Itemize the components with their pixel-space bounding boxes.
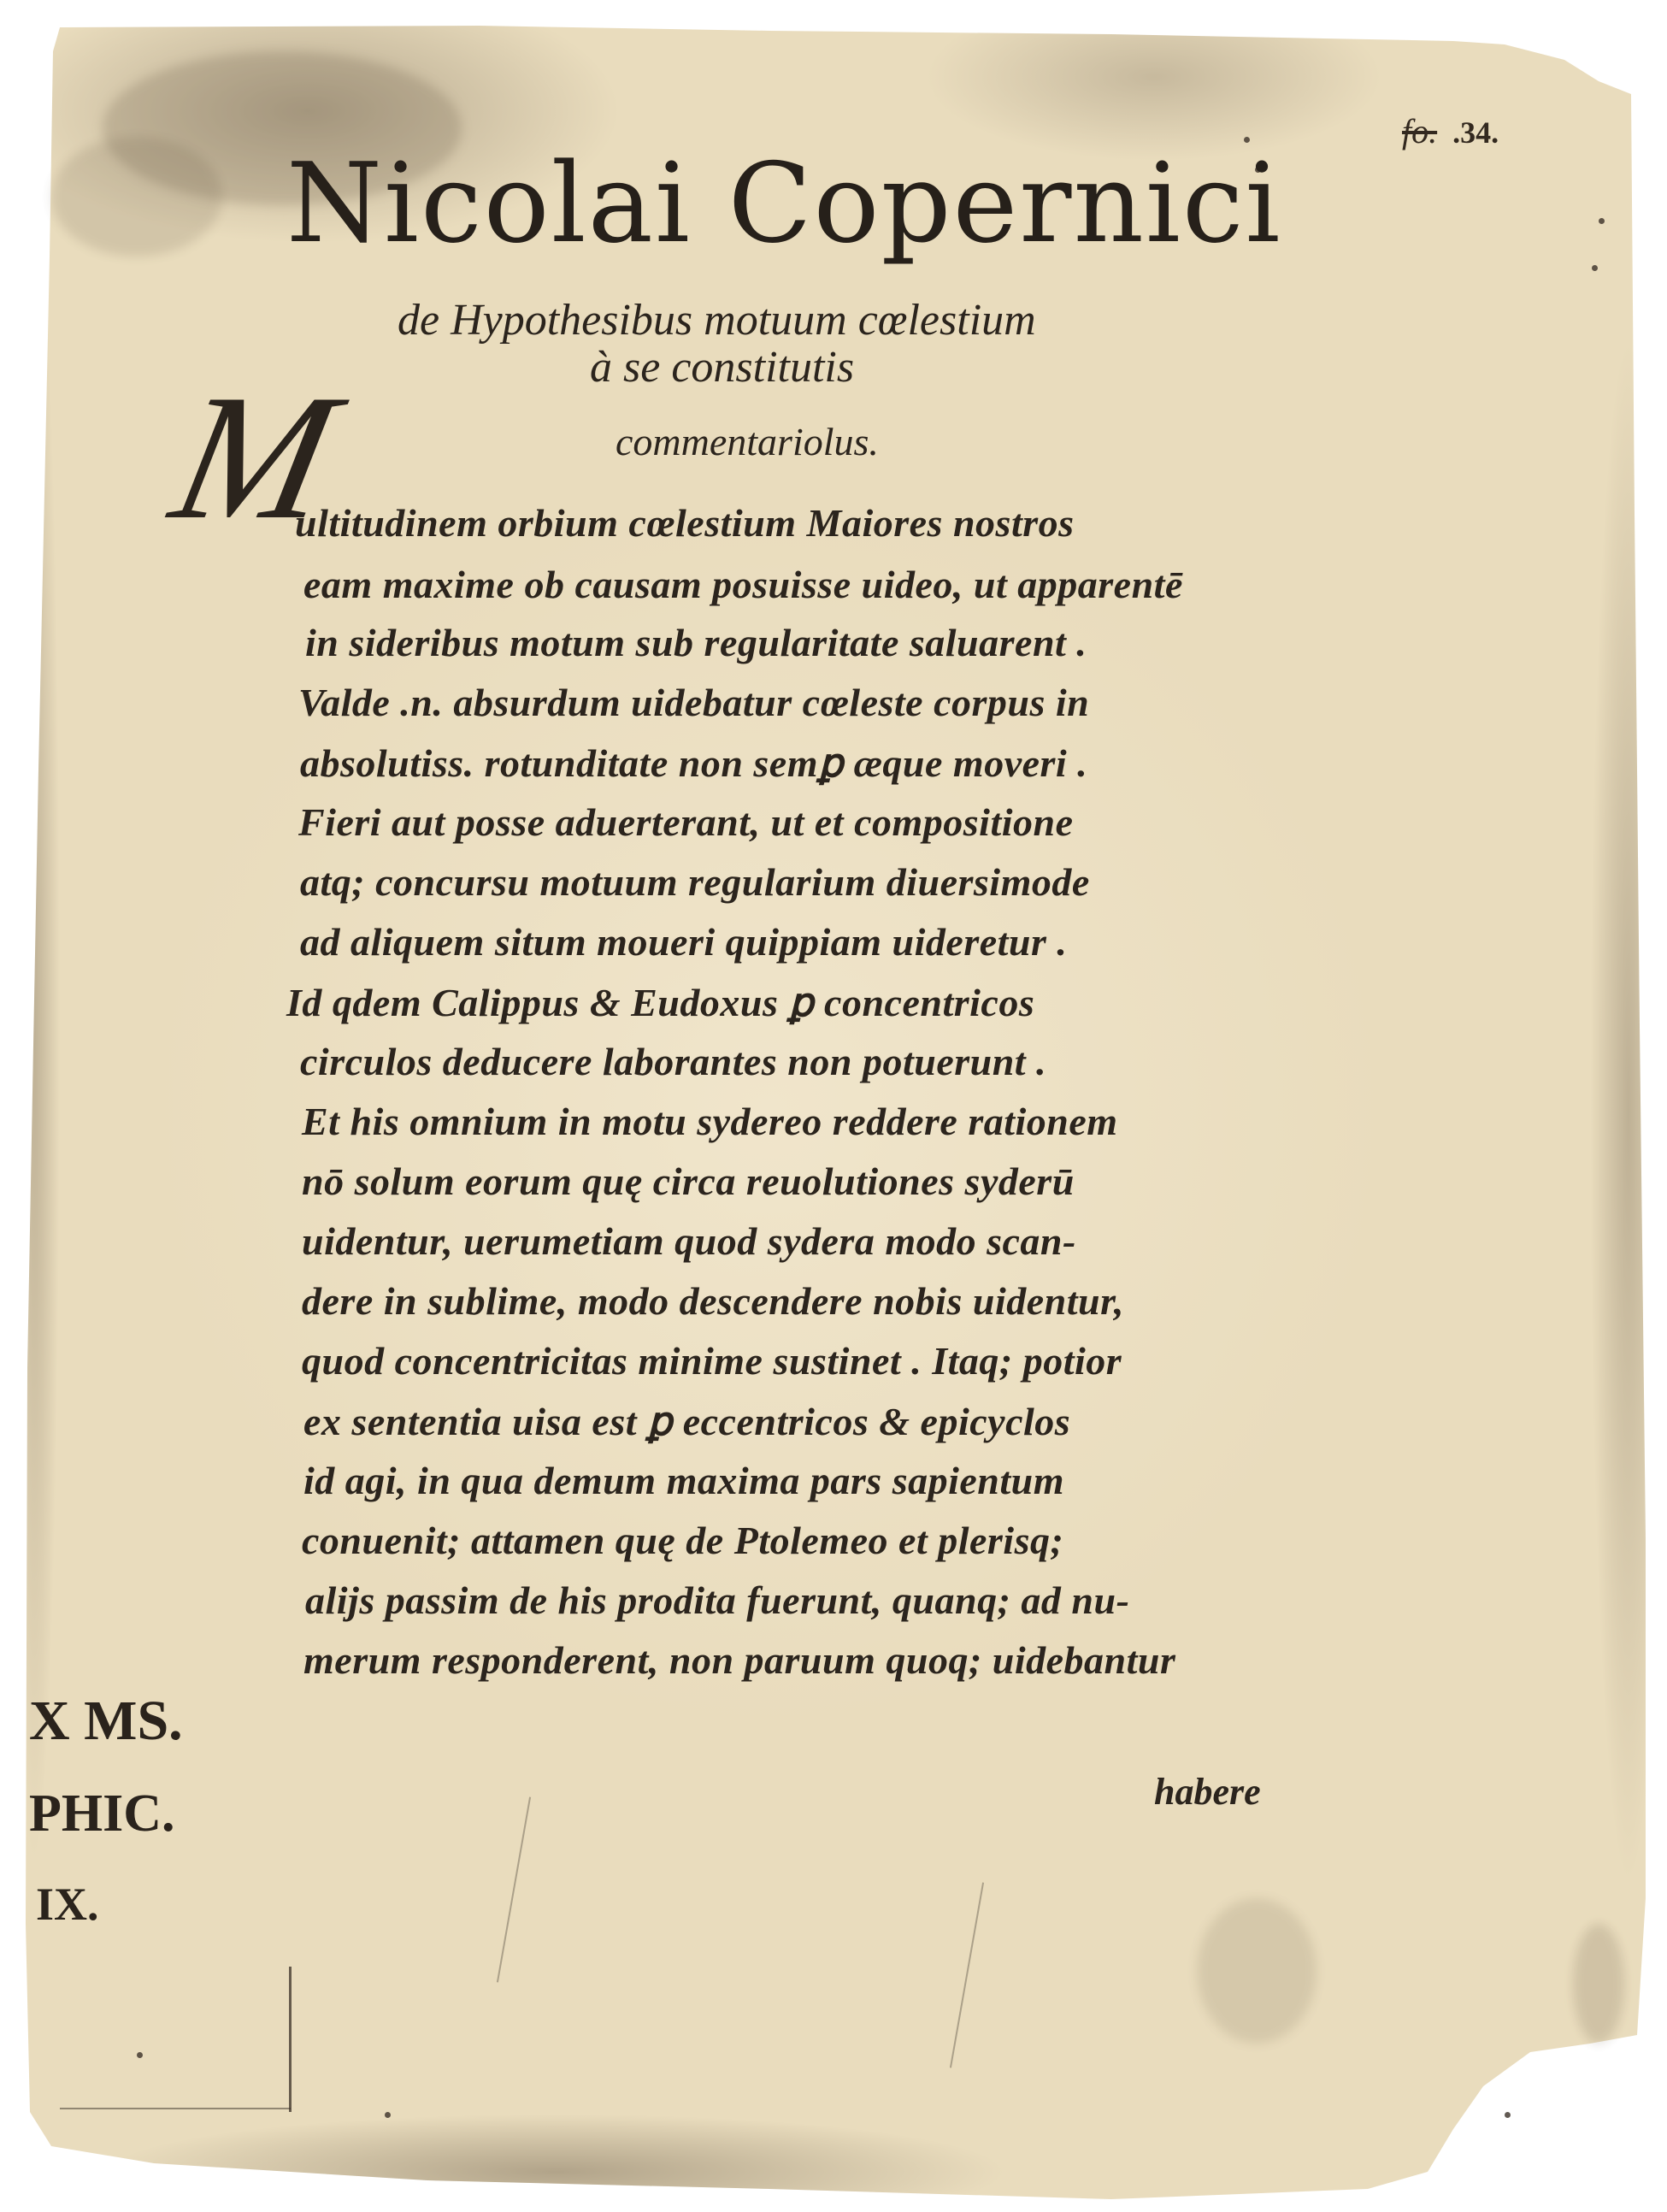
text-line: Et his omnium in motu sydereo reddere ra… [302, 1099, 1118, 1144]
catchword: habere [1154, 1770, 1261, 1814]
subtitle-line-2: à se constitutis [590, 342, 854, 392]
text-line: nō solum eorum quę circa reuolutiones sy… [302, 1159, 1075, 1204]
pen-stroke [289, 1967, 292, 2112]
text-line: id agi, in qua demum maxima pars sapient… [303, 1458, 1064, 1503]
text-line: eam maxime ob causam posuisse uideo, ut … [303, 562, 1183, 607]
subtitle-line-1: de Hypothesibus motuum cœlestium [398, 295, 1036, 345]
folio-number: fo..34. [1402, 111, 1499, 151]
text-line: ultitudinem orbium cœlestium Maiores nos… [295, 500, 1075, 546]
text-line: atq; concursu motuum regularium diuersim… [300, 859, 1090, 905]
text-line: Valde .n. absurdum uidebatur cœleste cor… [298, 680, 1089, 725]
shelfmark-line-2: PHIC. [29, 1787, 175, 1840]
shelfmark-line-1: X MS. [29, 1693, 183, 1749]
text-line: alijs passim de his prodita fuerunt, qua… [305, 1578, 1129, 1623]
text-line: merum responderent, non paruum quoq; uid… [303, 1637, 1175, 1683]
water-stain [1573, 1924, 1624, 2044]
text-line: in sideribus motum sub regularitate salu… [305, 620, 1087, 665]
manuscript-title: Nicolai Copernici [286, 150, 1312, 259]
pen-stroke [60, 2108, 291, 2109]
text-line: conuenit; attamen quę de Ptolemeo et ple… [302, 1518, 1063, 1563]
ink-speck [1599, 218, 1605, 224]
ink-speck [385, 2112, 391, 2118]
ink-speck [137, 2052, 143, 2058]
manuscript-sheet: fo..34. Nicolai Copernici de Hypothesibu… [0, 0, 1667, 2212]
ink-speck [1592, 265, 1598, 271]
subtitle-line-3: commentariolus. [616, 419, 879, 464]
text-line: uidentur, uerumetiam quod sydera modo sc… [302, 1218, 1076, 1264]
ink-speck [1505, 2112, 1511, 2118]
struck-folio: fo. [1402, 112, 1437, 150]
text-line: Id qdem Calippus & Eudoxus ꝑ concentrico… [286, 979, 1034, 1025]
water-stain [1197, 1898, 1317, 2044]
text-line: dere in sublime, modo descendere nobis u… [302, 1278, 1124, 1324]
shelfmark-line-3: IX. [36, 1881, 99, 1927]
text-line: Fieri aut posse aduerterant, ut et compo… [298, 799, 1074, 845]
water-stain [51, 137, 222, 257]
text-line: ad aliquem situm moueri quippiam uideret… [300, 919, 1067, 964]
folio-value: .34. [1452, 115, 1499, 150]
text-line: absolutiss. rotunditate non semꝑ æque mo… [300, 740, 1087, 786]
text-line: ex sententia uisa est ꝑ eccentricos & ep… [303, 1398, 1070, 1444]
text-line: quod concentricitas minime sustinet . It… [302, 1338, 1122, 1383]
text-line: circulos deducere laborantes non potueru… [300, 1039, 1046, 1084]
